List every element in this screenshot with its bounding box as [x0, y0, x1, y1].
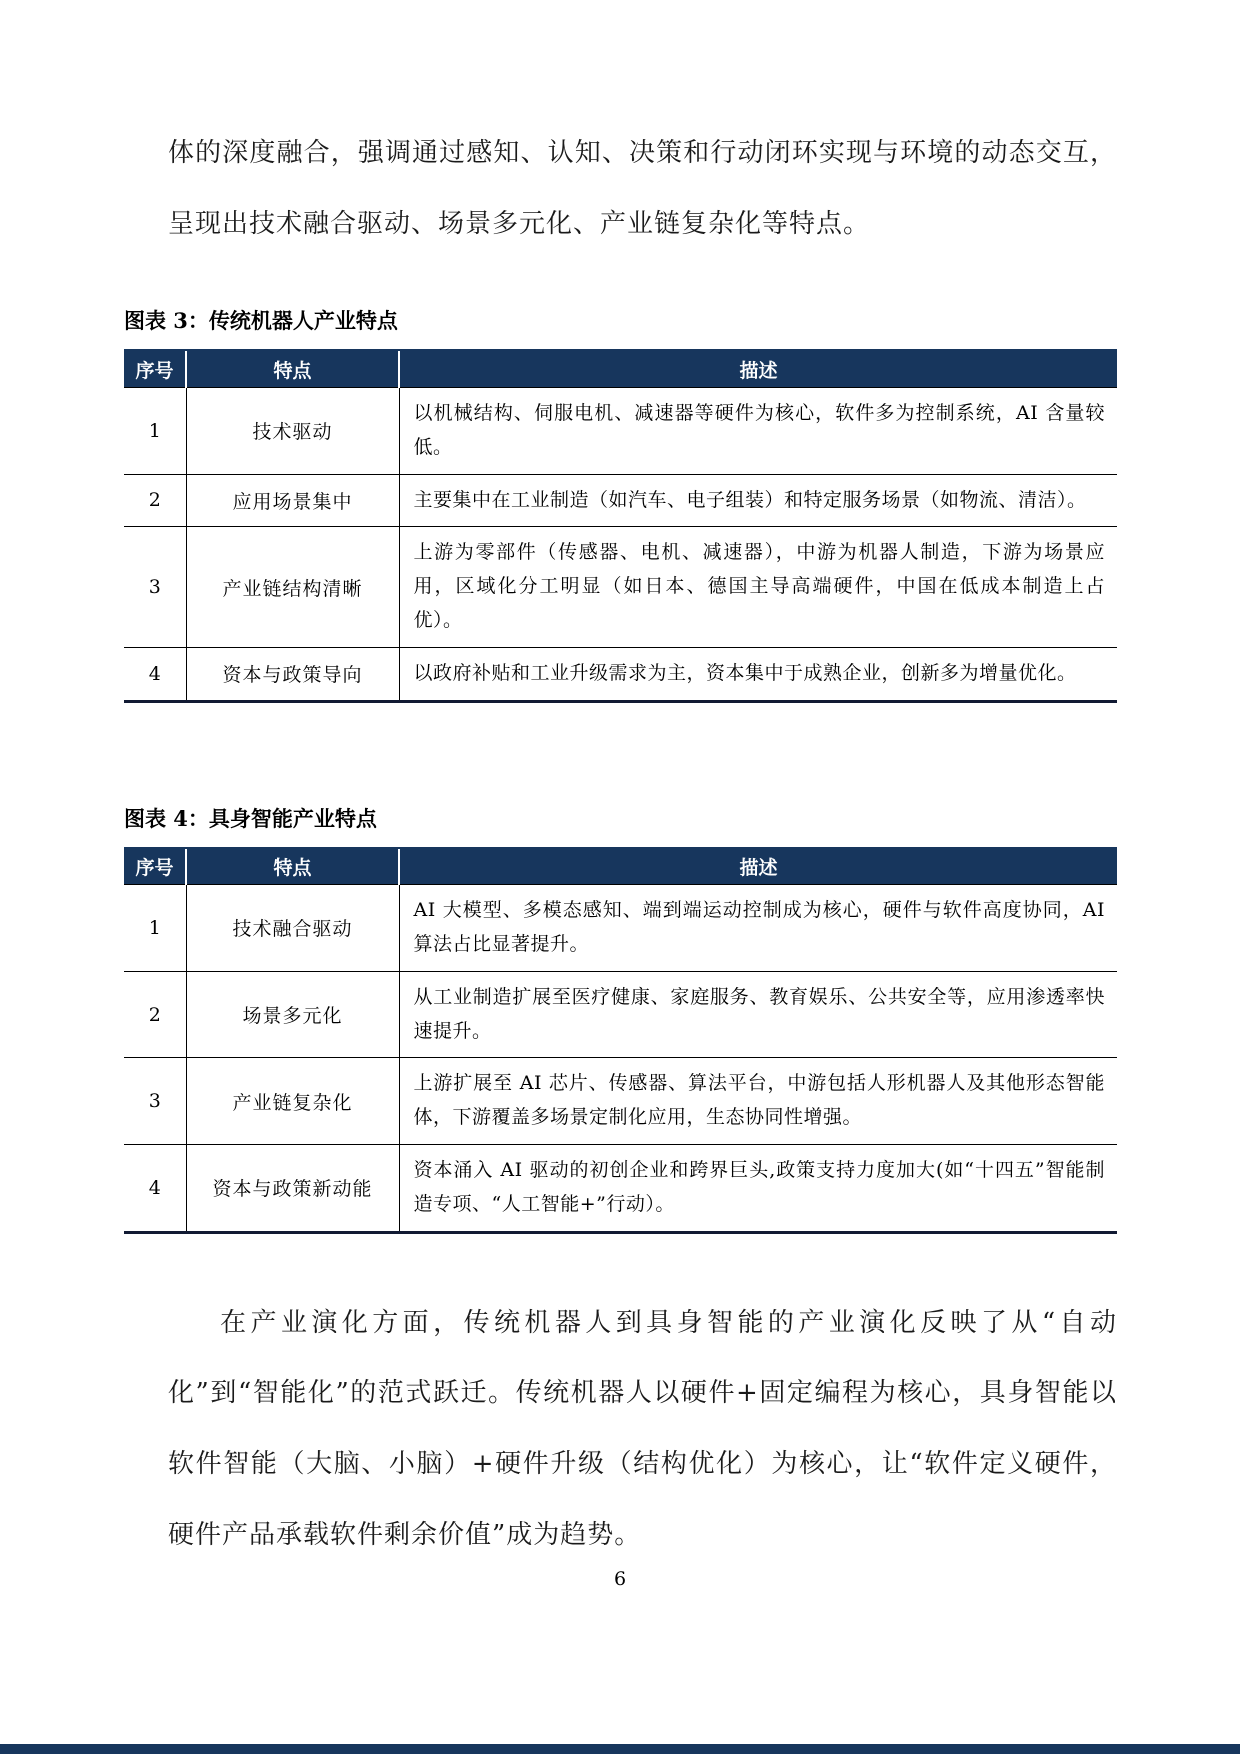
- row-description: 上游扩展至 AI 芯片、传感器、算法平台，中游包括人形机器人及其他形态智能体，下…: [399, 1058, 1117, 1145]
- row-index: 4: [124, 647, 186, 701]
- table-row: 4 资本与政策导向 以政府补贴和工业升级需求为主，资本集中于成熟企业，创新多为增…: [124, 647, 1117, 701]
- table-traditional-robot-features: 序号 特点 描述 1 技术驱动 以机械结构、伺服电机、减速器等硬件为核心，软件多…: [124, 349, 1117, 702]
- paragraph-top: 体的深度融合，强调通过感知、认知、决策和行动闭环实现与环境的动态交互，呈现出技术…: [168, 118, 1117, 259]
- row-index: 3: [124, 527, 186, 647]
- row-feature: 资本与政策新动能: [186, 1145, 399, 1233]
- column-header-description: 描述: [399, 350, 1117, 387]
- row-index: 2: [124, 474, 186, 527]
- row-description: AI 大模型、多模态感知、端到端运动控制成为核心，硬件与软件高度协同，AI 算法…: [399, 885, 1117, 972]
- table-header-row: 序号 特点 描述: [124, 848, 1117, 885]
- row-feature: 应用场景集中: [186, 474, 399, 527]
- table-row: 2 场景多元化 从工业制造扩展至医疗健康、家庭服务、教育娱乐、公共安全等，应用渗…: [124, 971, 1117, 1058]
- table-row: 4 资本与政策新动能 资本涌入 AI 驱动的初创企业和跨界巨头,政策支持力度加大…: [124, 1145, 1117, 1233]
- table-embodied-ai-features: 序号 特点 描述 1 技术融合驱动 AI 大模型、多模态感知、端到端运动控制成为…: [124, 847, 1117, 1234]
- row-description: 从工业制造扩展至医疗健康、家庭服务、教育娱乐、公共安全等，应用渗透率快速提升。: [399, 971, 1117, 1058]
- row-feature: 技术驱动: [186, 387, 399, 474]
- row-description: 以机械结构、伺服电机、减速器等硬件为核心，软件多为控制系统，AI 含量较低。: [399, 387, 1117, 474]
- table-row: 2 应用场景集中 主要集中在工业制造（如汽车、电子组装）和特定服务场景（如物流、…: [124, 474, 1117, 527]
- row-feature: 产业链结构清晰: [186, 527, 399, 647]
- table-row: 3 产业链结构清晰 上游为零部件（传感器、电机、减速器），中游为机器人制造，下游…: [124, 527, 1117, 647]
- row-description: 以政府补贴和工业升级需求为主，资本集中于成熟企业，创新多为增量优化。: [399, 647, 1117, 701]
- row-index: 3: [124, 1058, 186, 1145]
- page-content: 体的深度融合，强调通过感知、认知、决策和行动闭环实现与环境的动态交互，呈现出技术…: [124, 0, 1117, 1571]
- column-header-index: 序号: [124, 848, 186, 885]
- figure4-caption: 图表 4：具身智能产业特点: [124, 803, 1117, 833]
- figure3-caption: 图表 3：传统机器人产业特点: [124, 305, 1117, 335]
- row-feature: 资本与政策导向: [186, 647, 399, 701]
- column-header-description: 描述: [399, 848, 1117, 885]
- row-index: 1: [124, 885, 186, 972]
- row-description: 上游为零部件（传感器、电机、减速器），中游为机器人制造，下游为场景应用，区域化分…: [399, 527, 1117, 647]
- row-feature: 技术融合驱动: [186, 885, 399, 972]
- table-header-row: 序号 特点 描述: [124, 350, 1117, 387]
- paragraph-bottom: 在产业演化方面，传统机器人到具身智能的产业演化反映了从“自动化”到“智能化”的范…: [168, 1288, 1117, 1571]
- row-description: 资本涌入 AI 驱动的初创企业和跨界巨头,政策支持力度加大(如“十四五”智能制造…: [399, 1145, 1117, 1233]
- column-header-feature: 特点: [186, 350, 399, 387]
- row-feature: 产业链复杂化: [186, 1058, 399, 1145]
- footer-accent-bar: [0, 1744, 1240, 1754]
- row-feature: 场景多元化: [186, 971, 399, 1058]
- row-description: 主要集中在工业制造（如汽车、电子组装）和特定服务场景（如物流、清洁）。: [399, 474, 1117, 527]
- row-index: 2: [124, 971, 186, 1058]
- page-number: 6: [0, 1568, 1240, 1590]
- row-index: 4: [124, 1145, 186, 1233]
- column-header-feature: 特点: [186, 848, 399, 885]
- table-row: 3 产业链复杂化 上游扩展至 AI 芯片、传感器、算法平台，中游包括人形机器人及…: [124, 1058, 1117, 1145]
- column-header-index: 序号: [124, 350, 186, 387]
- row-index: 1: [124, 387, 186, 474]
- table-row: 1 技术驱动 以机械结构、伺服电机、减速器等硬件为核心，软件多为控制系统，AI …: [124, 387, 1117, 474]
- table-row: 1 技术融合驱动 AI 大模型、多模态感知、端到端运动控制成为核心，硬件与软件高…: [124, 885, 1117, 972]
